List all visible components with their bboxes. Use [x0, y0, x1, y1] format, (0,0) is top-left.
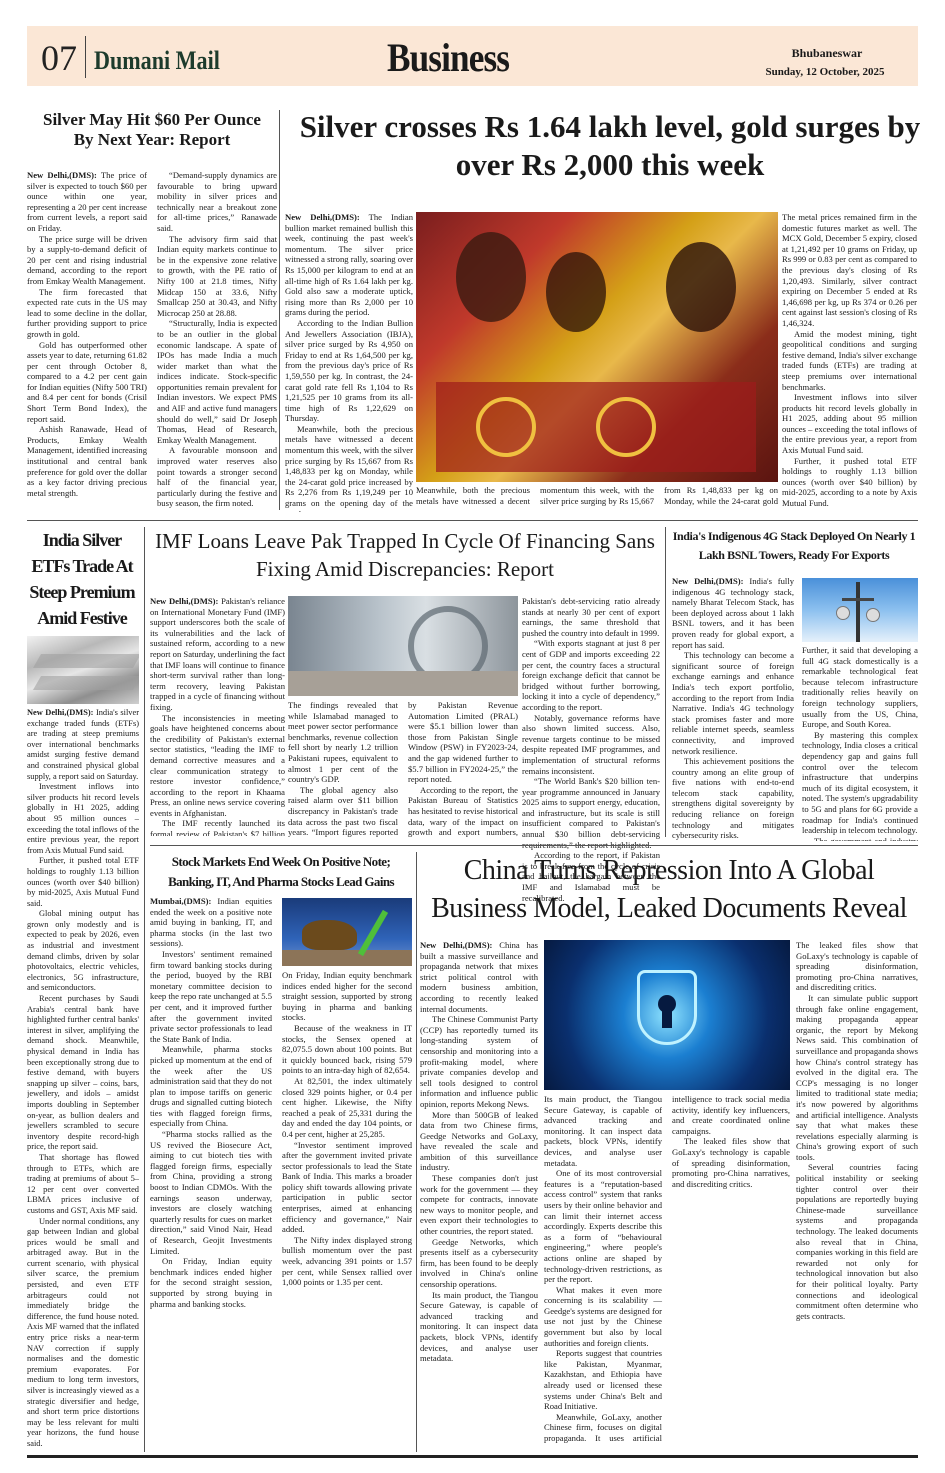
silver-bars-photo: [27, 636, 139, 704]
article-body: New Delhi,(DMS): The price of silver is …: [27, 170, 277, 510]
cyber-shield-photo: [544, 940, 790, 1090]
article-body: New Delhi,(DMS): The Indian bullion mark…: [285, 212, 413, 512]
page-number: 07: [41, 40, 77, 76]
article-body: The findings revealed that while Islamab…: [288, 700, 518, 840]
footer-rule: [27, 1455, 918, 1458]
telecom-tower-photo: [802, 578, 918, 642]
section-title: Business: [387, 38, 509, 78]
article-body: Meanwhile, both the precious metals have…: [416, 485, 778, 515]
article-body: New Delhi,(DMS): India's silver exchange…: [27, 708, 139, 1453]
edition-date: Sunday, 12 October, 2025: [755, 66, 895, 78]
article-body: New Delhi,(DMS): Pakistan's reliance on …: [150, 596, 285, 836]
headline-lead: Silver crosses Rs 1.64 lakh level, gold …: [285, 108, 935, 184]
column-divider: [279, 110, 280, 510]
article-body: Further, it said that developing a full …: [802, 645, 918, 841]
horizontal-rule: [27, 520, 918, 521]
headline: India's Indigenous 4G Stack Deployed On …: [670, 527, 918, 565]
article-silver-60: Silver May Hit $60 Per Ounce By Next Yea…: [27, 110, 277, 149]
masthead: 07 Dumani Mail Business Bhubaneswar Sund…: [27, 26, 918, 86]
article-body: The metal prices remained firm in the do…: [782, 212, 917, 512]
bull-arrow-photo: [282, 898, 412, 966]
headline: IMF Loans Leave Pak Trapped In Cycle Of …: [150, 527, 660, 583]
article-body: The leaked files show that GoLaxy's tech…: [796, 940, 918, 1450]
horizontal-rule: [150, 845, 918, 846]
column-divider: [144, 527, 145, 1452]
column-divider: [665, 527, 666, 837]
headline: Stock Markets End Week On Positive Note;…: [150, 852, 412, 892]
article-body: Mumbai,(DMS): Indian equities ended the …: [150, 896, 272, 1451]
article-body: New Delhi,(DMS): India's fully indigenou…: [672, 576, 794, 841]
column-divider: [416, 852, 417, 1452]
article-body: New Delhi,(DMS): China has built a massi…: [420, 940, 538, 1450]
divider: [85, 36, 86, 78]
headline: Silver May Hit $60 Per Ounce By Next Yea…: [27, 110, 277, 149]
headline: China Turns Repression Into A Global Bus…: [420, 852, 918, 928]
article-body: On Friday, Indian equity benchmark indic…: [282, 970, 412, 1450]
imf-building-photo: [288, 596, 518, 696]
paper-name: Dumani Mail: [94, 47, 220, 75]
edition-city: Bhubaneswar: [757, 46, 897, 61]
jewellery-photo: [416, 212, 778, 482]
article-body: Its main product, the Tiangou Secure Gat…: [544, 1094, 790, 1450]
